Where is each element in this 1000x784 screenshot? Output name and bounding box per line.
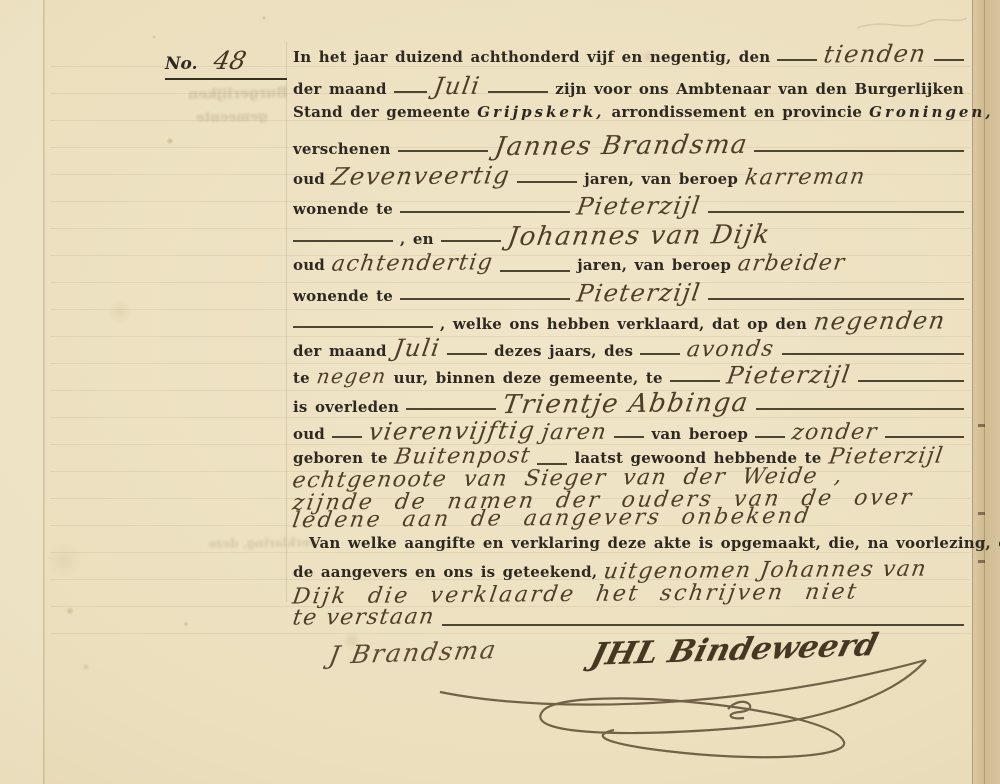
- printed-text: oud: [293, 170, 325, 188]
- printed-text: der maand: [293, 80, 387, 98]
- line-death-month-time: der maand Juli dezes jaars, des avonds: [293, 334, 964, 360]
- printed-text: wonende te: [293, 200, 393, 218]
- blank-rule: [640, 353, 680, 355]
- handwritten-hour: negen: [315, 364, 388, 389]
- line-month: der maand Juli zijn voor ons Ambtenaar v…: [293, 72, 964, 98]
- printed-text: oud: [293, 425, 325, 443]
- handwritten-word-jaren: jaren: [540, 420, 609, 446]
- blank-rule: [755, 436, 785, 438]
- blank-rule: [332, 436, 362, 438]
- blank-rule: [406, 408, 496, 410]
- printed-text: , en: [400, 230, 434, 248]
- handwritten-age: Zevenveertig: [330, 161, 513, 191]
- handwritten-age: vierenvijftig: [367, 416, 538, 445]
- line-declarant1-age: oud Zevenveertig jaren, van beroep karre…: [293, 162, 964, 188]
- blank-rule: [708, 298, 964, 300]
- handwritten-text: ledene aan de aangevers onbekend: [291, 504, 813, 534]
- handwritten-name: Trientje Abbinga: [501, 388, 751, 420]
- blank-rule: [441, 240, 501, 242]
- blank-rule: [934, 59, 964, 61]
- blank-rule: [517, 181, 577, 183]
- printed-text: van beroep: [651, 425, 748, 443]
- handwritten-occupation: karreman: [743, 164, 868, 190]
- act-number-value: 48: [210, 46, 248, 75]
- blank-rule: [756, 408, 964, 410]
- line-closing-1: Van welke aangifte en verklaring deze ak…: [293, 534, 964, 560]
- printed-text: zijn voor ons Ambtenaar van den Burgerli…: [555, 80, 964, 98]
- blank-rule: [400, 211, 570, 213]
- blank-rule: [777, 59, 817, 61]
- line-deceased-age: oud vierenvijftig jaren van beroep zonde…: [293, 417, 964, 443]
- line-declarant2-age: oud achtendertig jaren, van beroep arbei…: [293, 251, 964, 277]
- blank-rule: [398, 150, 488, 152]
- act-number-block: No. 48: [165, 46, 287, 80]
- bleed-through-ghost: Burgerlijken: [188, 85, 288, 103]
- handwritten-month: Juli: [432, 72, 483, 100]
- printed-text: te: [293, 369, 310, 387]
- blank-rule: [293, 326, 433, 328]
- printed-text: geboren te: [293, 449, 388, 467]
- handwritten-text: te verstaan: [291, 604, 437, 630]
- handwritten-month: Juli: [392, 334, 443, 362]
- province-name: Groningen,: [869, 103, 993, 121]
- printed-text: uur, binnen deze gemeente, te: [394, 369, 663, 387]
- printed-text: In het jaar duizend achthonderd vijf en …: [293, 48, 770, 66]
- printed-text: oud: [293, 256, 325, 274]
- printed-text: Stand der gemeente: [293, 103, 470, 121]
- handwritten-occupation: arbeider: [736, 251, 847, 277]
- blank-rule: [394, 91, 428, 93]
- handwritten-daypart: avonds: [685, 337, 776, 363]
- pencil-mark: [852, 6, 972, 36]
- line-year-day: In het jaar duizend achthonderd vijf en …: [293, 40, 964, 66]
- municipality-name: Grijpskerk,: [477, 103, 604, 121]
- printed-text: dezes jaars, des: [494, 342, 633, 360]
- printed-text: jaren, van beroep: [577, 256, 731, 274]
- line-deceased-name: is overleden Trientje Abbinga: [293, 389, 964, 415]
- closing-rule: [442, 624, 964, 626]
- blank-rule: [670, 380, 720, 382]
- blank-rule: [293, 240, 393, 242]
- handwritten-place: Pieterzijl: [575, 191, 703, 220]
- death-certificate-scan: Burgerlijken gemeente verklaring, deze N…: [0, 0, 1000, 784]
- line-declarant1-name: verschenen Jannes Brandsma: [293, 131, 964, 157]
- handwritten-day: negenden: [812, 306, 948, 335]
- blank-rule: [488, 91, 549, 93]
- printed-text: der maand: [293, 342, 387, 360]
- handwritten-day: tienden: [822, 40, 929, 69]
- printed-text: de aangevers en ons is geteekend,: [293, 563, 597, 581]
- line-declarant1-residence: wonende te Pieterzijl: [293, 192, 964, 218]
- handwritten-age: achtendertig: [330, 250, 495, 276]
- form-margin-line: [286, 42, 287, 602]
- printed-text: arrondissement en provincie: [611, 103, 862, 121]
- edge-tick: [978, 560, 985, 563]
- blank-rule: [447, 353, 487, 355]
- line-parents-unknown-2: ledene aan de aangevers onbekend: [293, 506, 964, 532]
- blank-rule: [754, 150, 964, 152]
- printed-text: jaren, van beroep: [584, 170, 738, 188]
- handwritten-occupation: zonder: [790, 420, 879, 446]
- printed-text: , welke ons hebben verklaard, dat op den: [440, 315, 807, 333]
- blank-rule: [708, 211, 964, 213]
- line-declaration-day: , welke ons hebben verklaard, dat op den…: [293, 307, 964, 333]
- left-page-margin: [0, 0, 43, 784]
- blank-rule: [782, 353, 964, 355]
- blank-rule: [500, 270, 570, 272]
- line-municipality: Stand der gemeente Grijpskerk, arrondiss…: [293, 103, 964, 129]
- printed-text: Van welke aangifte en verklaring deze ak…: [309, 534, 1000, 552]
- edge-tick: [978, 512, 985, 515]
- line-declarant2-name: , en Johannes van Dijk: [293, 221, 964, 247]
- line-declarant2-residence: wonende te Pieterzijl: [293, 279, 964, 305]
- blank-rule: [537, 463, 567, 465]
- handwritten-name: Jannes Brandsma: [492, 130, 750, 162]
- printed-text: is overleden: [293, 398, 399, 416]
- printed-text: verschenen: [293, 140, 391, 158]
- blank-rule: [858, 380, 964, 382]
- bleed-through-ghost: gemeente: [196, 109, 268, 125]
- left-fold-line: [43, 0, 45, 784]
- handwritten-name: Johannes van Dijk: [505, 220, 772, 252]
- act-number-label: No.: [165, 54, 198, 74]
- line-death-hour-place: te negen uur, binnen deze gemeente, te P…: [293, 361, 964, 387]
- handwritten-place: Pieterzijl: [725, 360, 853, 389]
- edge-tick: [978, 424, 985, 427]
- blank-rule: [614, 436, 644, 438]
- blank-rule: [400, 298, 570, 300]
- signature-flourish: [408, 646, 956, 778]
- printed-text: wonende te: [293, 287, 393, 305]
- handwritten-place: Pieterzijl: [575, 278, 703, 307]
- blank-rule: [885, 436, 964, 438]
- line-closing-2: de aangevers en ons is geteekend, uitgen…: [293, 558, 964, 584]
